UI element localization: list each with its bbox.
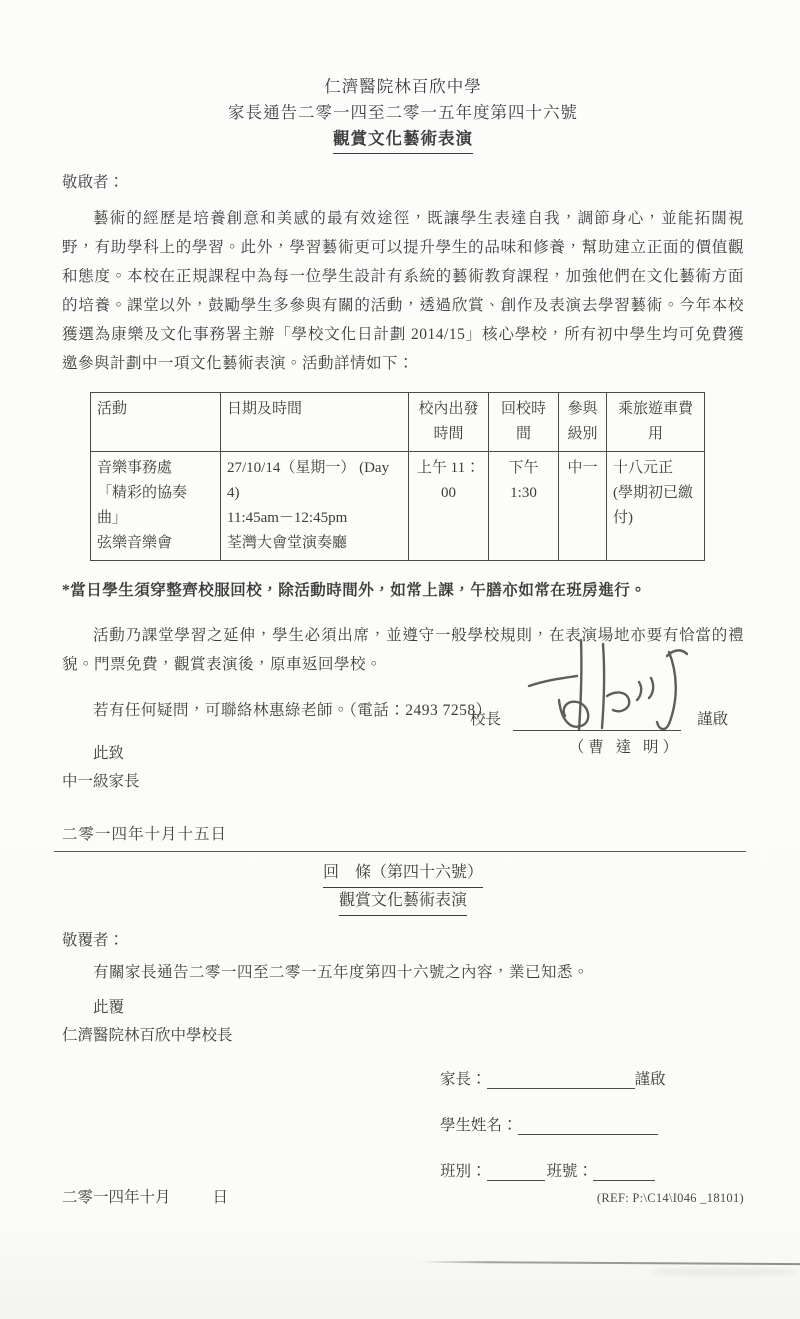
school-name: 仁濟醫院林百欣中學 xyxy=(62,74,744,100)
class-number-field xyxy=(593,1162,655,1181)
activity-table: 活動 日期及時間 校內出發時間 回校時間 參與級別 乘旅遊車費用 音樂事務處 「… xyxy=(90,392,705,561)
student-name-label: 學生姓名： xyxy=(440,1117,518,1134)
cell-datetime: 27/10/14（星期一） (Day 4) 11:45am－12:45pm 荃灣… xyxy=(221,452,409,561)
body-paragraph: 藝術的經歷是培養創意和美感的最有效途徑，既讓學生表達自我，調節身心，並能拓闊視野… xyxy=(62,204,744,378)
table-header-row: 活動 日期及時間 校內出發時間 回校時間 參與級別 乘旅遊車費用 xyxy=(91,393,705,452)
reply-slip: 回 條（第四十六號） 觀賞文化藝術表演 敬覆者： 有關家長通告二零一四至二零一五… xyxy=(0,860,800,1205)
notice-subject: 觀賞文化藝術表演 xyxy=(333,126,473,154)
scan-artifact-smudge xyxy=(650,1268,800,1276)
signature-block: 校長 謹啟 （曹 達 明） xyxy=(0,706,800,757)
parent-signature-field xyxy=(487,1070,635,1089)
reference-code: (REF: P:\C14\I046 _18101) xyxy=(597,1191,744,1206)
recipient: 中一級家長 xyxy=(62,769,744,791)
cell-activity: 音樂事務處 「精彩的協奏曲」 弦樂音樂會 xyxy=(91,452,221,561)
principal-name: （曹 達 明） xyxy=(0,735,800,757)
cell-return-time: 下午 1:30 xyxy=(489,452,559,561)
principal-signature-image xyxy=(519,638,709,738)
reply-subject: 觀賞文化藝術表演 xyxy=(339,888,467,916)
parent-label: 家長： xyxy=(440,1071,487,1088)
principal-signature-line xyxy=(513,706,681,731)
reply-form: 家長：謹啟 學生姓名： 班別：班號： xyxy=(440,1067,744,1181)
class-number-label: 班號： xyxy=(547,1163,594,1180)
parent-honorific: 謹啟 xyxy=(635,1071,666,1088)
scan-artifact-line xyxy=(420,1261,800,1265)
notice-header: 仁濟醫院林百欣中學 家長通告二零一四至二零一五年度第四十六號 觀賞文化藝術表演 xyxy=(62,74,744,154)
reply-acknowledgement: 有關家長通告二零一四至二零一五年度第四十六號之內容，業已知悉。 xyxy=(62,958,744,987)
scanned-notice-page: 仁濟醫院林百欣中學 家長通告二零一四至二零一五年度第四十六號 觀賞文化藝術表演 … xyxy=(0,0,800,1319)
student-name-field xyxy=(518,1116,658,1135)
tear-off-separator xyxy=(54,851,746,852)
bottom-row: 二零一四年十月日 (REF: P:\C14\I046 _18101) xyxy=(62,1185,744,1207)
header-activity: 活動 xyxy=(91,393,221,452)
reply-date-suffix: 日 xyxy=(213,1189,229,1206)
reply-salutation: 敬覆者： xyxy=(62,928,744,950)
header-departure-time: 校內出發時間 xyxy=(409,393,489,452)
cell-fee: 十八元正 (學期初已繳付) xyxy=(607,452,705,561)
table-row: 音樂事務處 「精彩的協奏曲」 弦樂音樂會 27/10/14（星期一） (Day … xyxy=(91,452,705,561)
reply-title: 回 條（第四十六號） xyxy=(323,860,483,888)
principal-label: 校長 xyxy=(470,707,501,731)
class-label: 班別： xyxy=(440,1163,487,1180)
uniform-note: *當日學生須穿整齊校服回校，除活動時間外，如常上課，午膳亦如常在班房進行。 xyxy=(62,576,744,605)
header-datetime: 日期及時間 xyxy=(221,393,409,452)
cell-departure-time: 上午 11：00 xyxy=(409,452,489,561)
reply-closing-phrase: 此覆 xyxy=(62,995,744,1017)
class-field xyxy=(487,1162,545,1181)
reply-date-prefix: 二零一四年十月 xyxy=(62,1189,171,1206)
cell-level: 中一 xyxy=(559,452,607,561)
notice-number-line: 家長通告二零一四至二零一五年度第四十六號 xyxy=(62,100,744,126)
salutation: 敬啟者： xyxy=(62,170,744,192)
issue-date: 二零一四年十月十五日 xyxy=(62,822,227,844)
header-fee: 乘旅遊車費用 xyxy=(607,393,705,452)
header-level: 參與級別 xyxy=(559,393,607,452)
header-return-time: 回校時間 xyxy=(489,393,559,452)
reply-date-line: 二零一四年十月日 xyxy=(62,1185,228,1207)
reply-addressee: 仁濟醫院林百欣中學校長 xyxy=(62,1023,744,1045)
